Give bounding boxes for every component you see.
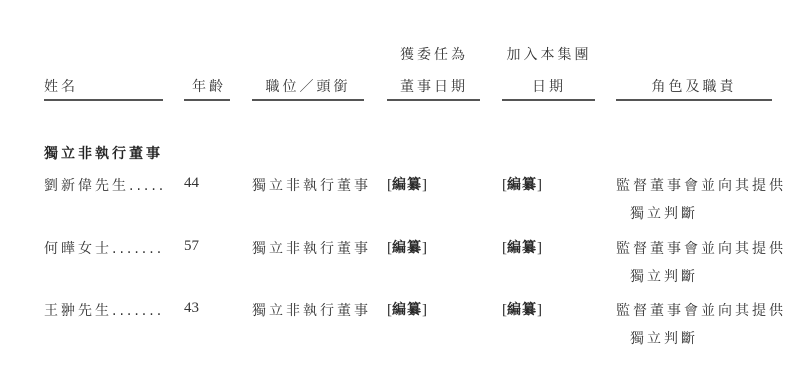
director-name: 劉新偉先生.....	[44, 175, 166, 195]
director-age: 57	[184, 238, 199, 255]
role-line1: 監督董事會並向其提供	[616, 300, 786, 320]
appointed-date: [編纂]	[387, 174, 427, 194]
role-line2: 獨立判斷	[630, 266, 698, 286]
header-role: 角色及職責	[616, 76, 772, 96]
director-name: 何曄女士.......	[44, 238, 164, 258]
role-line1: 監督董事會並向其提供	[616, 175, 786, 195]
header-underline-appointed	[387, 99, 480, 101]
header-joined-line2: 日期	[502, 76, 596, 96]
header-appointed-line2: 董事日期	[387, 76, 481, 96]
header-name: 姓名	[44, 76, 78, 96]
role-line2: 獨立判斷	[630, 328, 698, 348]
director-name: 王翀先生.......	[44, 300, 164, 320]
joined-date: [編纂]	[502, 174, 542, 194]
appointed-date: [編纂]	[387, 237, 427, 257]
section-title: 獨立非執行董事	[44, 143, 163, 163]
header-joined-line1: 加入本集團	[502, 44, 596, 64]
joined-date: [編纂]	[502, 299, 542, 319]
header-underline-position	[252, 99, 364, 101]
director-position: 獨立非執行董事	[252, 175, 371, 195]
header-underline-name	[44, 99, 163, 101]
header-appointed-line1: 獲委任為	[387, 44, 481, 64]
header-underline-role	[616, 99, 772, 101]
director-position: 獨立非執行董事	[252, 300, 371, 320]
director-age: 44	[184, 175, 199, 192]
appointed-date: [編纂]	[387, 299, 427, 319]
joined-date: [編纂]	[502, 237, 542, 257]
role-line1: 監督董事會並向其提供	[616, 238, 786, 258]
header-position: 職位／頭銜	[252, 76, 364, 96]
director-age: 43	[184, 300, 199, 317]
header-underline-age	[184, 99, 230, 101]
header-underline-joined	[502, 99, 595, 101]
header-age: 年齡	[192, 76, 226, 96]
director-position: 獨立非執行董事	[252, 238, 371, 258]
role-line2: 獨立判斷	[630, 203, 698, 223]
